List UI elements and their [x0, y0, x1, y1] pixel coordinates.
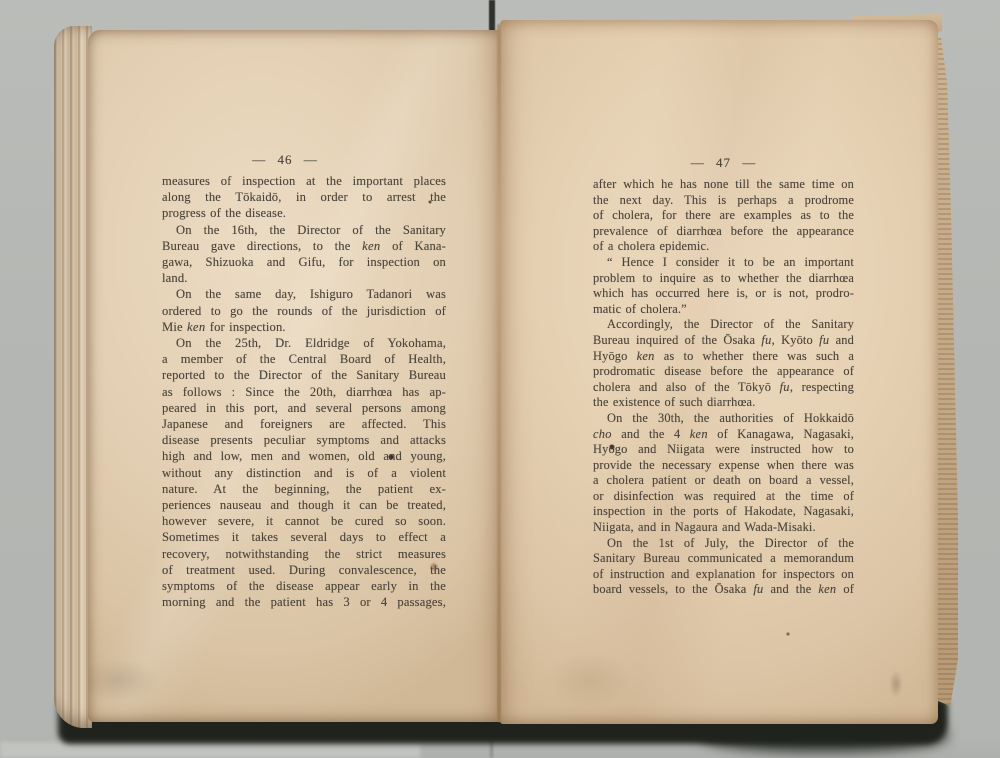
text-line: Hyōgo ken as to whether there was such a — [593, 349, 854, 365]
text-line: Sanitary Bureau communicated a memorandu… — [593, 551, 854, 567]
text-line: prodromatic disease before the appearanc… — [593, 364, 854, 380]
text-line: Hyōgo and Niigata were instructed how to — [593, 442, 854, 458]
text-line: Bureau inquired of the Ōsaka fu, Kyōto f… — [593, 333, 854, 349]
floor-highlight — [0, 742, 420, 758]
text-line: of treatment used. During convalescence,… — [162, 562, 446, 578]
text-line: the existence of such diarrhœa. — [593, 395, 854, 411]
text-line: symptoms of the disease appear early in … — [162, 578, 446, 594]
text-line: of cholera, for there are examples as to… — [593, 208, 854, 224]
text-line: board vessels, to the Ōsaka fu and the k… — [593, 582, 854, 598]
page-number-left: — 46 — — [143, 152, 427, 168]
text-line: the next day. This is perhaps a prodrome — [593, 193, 854, 209]
text-line: Niigata, and in Nagaura and Wada-Misaki. — [593, 520, 854, 536]
page-number-right: — 47 — — [593, 155, 854, 171]
text-line: ordered to go the rounds of the jurisdic… — [162, 303, 446, 319]
text-line: of a cholera epidemic. — [593, 239, 854, 255]
text-line: Japanese and foreigners are affected. Th… — [162, 416, 446, 432]
book-stand-seam — [489, 0, 495, 32]
text-line: disease presents peculiar symptoms and a… — [162, 432, 446, 448]
text-line: inspection in the ports of Hakodate, Nag… — [593, 504, 854, 520]
text-line: Mie ken for inspection. — [162, 319, 446, 335]
text-line: problem to inquire as to whether the dia… — [593, 271, 854, 287]
text-line: however severe, it cannot be cured so so… — [162, 513, 446, 529]
text-line: as follows : Since the 20th, diarrhœa ha… — [162, 384, 446, 400]
text-line: along the Tōkaidō, in order to arrest th… — [162, 189, 446, 205]
text-line: provide the necessary expense when there… — [593, 458, 854, 474]
text-line: cho and the 4 ken of Kanagawa, Nagasaki, — [593, 427, 854, 443]
text-line: Accordingly, the Director of the Sanitar… — [593, 317, 854, 333]
text-line: reported to the Director of the Sanitary… — [162, 367, 446, 383]
text-line: cholera and also of the Tōkyō fu, respec… — [593, 380, 854, 396]
book-photo-scene: — 46 — — 47 — measures of inspection at … — [0, 0, 1000, 758]
text-line: Bureau gave directions, to the ken of Ka… — [162, 238, 446, 254]
text-line: after which he has none till the same ti… — [593, 177, 854, 193]
right-page-text: after which he has none till the same ti… — [593, 177, 854, 598]
text-line: a member of the Central Board of Health, — [162, 351, 446, 367]
text-line: periences nauseau and though it can be t… — [162, 497, 446, 513]
text-line: On the 16th, the Director of the Sanitar… — [162, 222, 446, 238]
book-gutter — [497, 24, 501, 722]
text-line: On the 25th, Dr. Eldridge of Yokohama, — [162, 335, 446, 351]
text-line: measures of inspection at the important … — [162, 173, 446, 189]
text-line: or disinfection was required at the time… — [593, 489, 854, 505]
text-line: “ Hence I consider it to be an important — [593, 255, 854, 271]
text-line: which has occurred here is, or is not, p… — [593, 286, 854, 302]
text-line: On the 30th, the authorities of Hokkaidō — [593, 411, 854, 427]
text-line: of instruction and explanation for inspe… — [593, 567, 854, 583]
text-line: prevalence of diarrhœa before the appear… — [593, 224, 854, 240]
text-line: matic of cholera.” — [593, 302, 854, 318]
text-line: high and low, men and women, old and you… — [162, 448, 446, 464]
text-line: Sometimes it takes several days to effec… — [162, 529, 446, 545]
text-line: morning and the patient has 3 or 4 passa… — [162, 594, 446, 610]
text-line: land. — [162, 270, 446, 286]
page-edge-stack-left — [54, 26, 92, 728]
text-line: recovery, notwithstanding the strict mea… — [162, 546, 446, 562]
text-line: peared in this port, and several persons… — [162, 400, 446, 416]
text-line: without any distinction and is of a viol… — [162, 465, 446, 481]
text-line: progress of the disease. — [162, 205, 446, 221]
text-line: nature. At the beginning, the patient ex… — [162, 481, 446, 497]
text-line: a cholera patient or death on board a ve… — [593, 473, 854, 489]
text-line: On the same day, Ishiguro Tadanori was — [162, 286, 446, 302]
left-page-text: measures of inspection at the important … — [162, 173, 446, 610]
text-line: gawa, Shizuoka and Gifu, for inspection … — [162, 254, 446, 270]
text-line: On the 1st of July, the Director of the — [593, 536, 854, 552]
